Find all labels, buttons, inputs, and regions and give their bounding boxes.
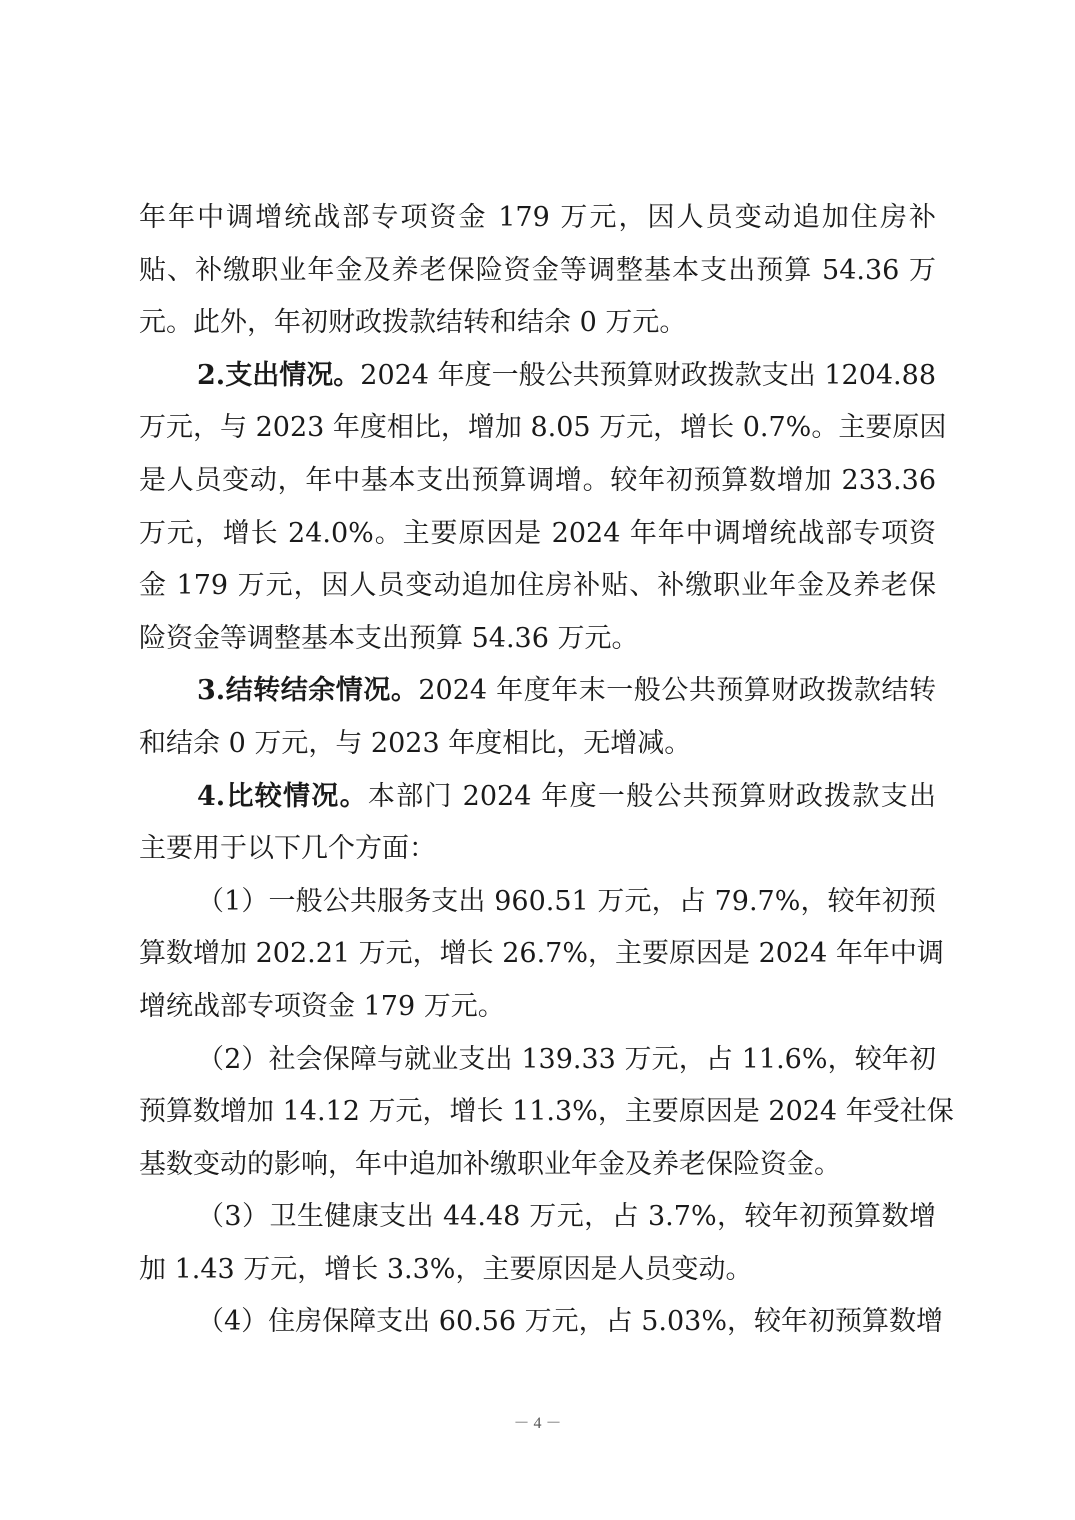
text-line: 算数增加 202.21 万元，增长 26.7%，主要原因是 2024 年年中调	[139, 928, 936, 981]
text-line: 金 179 万元，因人员变动追加住房补贴、补缴职业年金及养老保	[139, 560, 936, 613]
text-line: 万元，增长 24.0%。主要原因是 2024 年年中调增统战部专项资	[139, 508, 936, 561]
list-item-general-public-services: （1）一般公共服务支出 960.51 万元，占 79.7%，较年初预	[139, 876, 936, 929]
text-line: 增统战部专项资金 179 万元。	[139, 981, 936, 1034]
body-text: 年年中调增统战部专项资金 179 万元，因人员变动追加住房补 贴、补缴职业年金及…	[139, 192, 936, 1349]
list-item-social-security: （2）社会保障与就业支出 139.33 万元，占 11.6%，较年初	[139, 1034, 936, 1087]
text-line: 和结余 0 万元，与 2023 年度相比，无增减。	[139, 718, 936, 771]
text-line: 险资金等调整基本支出预算 54.36 万元。	[139, 613, 936, 666]
text-line: 万元，与 2023 年度相比，增加 8.05 万元，增长 0.7%。主要原因	[139, 402, 936, 455]
text-line: 主要用于以下几个方面：	[139, 823, 936, 876]
text-line: 基数变动的影响，年中追加补缴职业年金及养老保险资金。	[139, 1139, 936, 1192]
text-line: 是人员变动，年中基本支出预算调增。较年初预算数增加 233.36	[139, 455, 936, 508]
text-line: 贴、补缴职业年金及养老保险资金等调整基本支出预算 54.36 万	[139, 245, 936, 298]
text-line: 加 1.43 万元，增长 3.3%，主要原因是人员变动。	[139, 1244, 936, 1297]
text-run: 2024 年度年末一般公共预算财政拨款结转	[418, 675, 936, 706]
text-line: 年年中调增统战部专项资金 179 万元，因人员变动追加住房补	[139, 192, 936, 245]
section-heading-carryover: 3.结转结余情况。	[197, 675, 418, 706]
section-heading-comparison: 4.比较情况。	[197, 781, 368, 812]
paragraph-expenditure-first-line: 2.支出情况。2024 年度一般公共预算财政拨款支出 1204.88	[139, 350, 936, 403]
list-item-health: （3）卫生健康支出 44.48 万元，占 3.7%，较年初预算数增	[139, 1191, 936, 1244]
paragraph-comparison-first-line: 4.比较情况。本部门 2024 年度一般公共预算财政拨款支出	[139, 771, 936, 824]
document-page: 年年中调增统战部专项资金 179 万元，因人员变动追加住房补 贴、补缴职业年金及…	[0, 0, 1075, 1520]
section-heading-expenditure: 2.支出情况。	[197, 360, 360, 391]
text-run: 本部门 2024 年度一般公共预算财政拨款支出	[368, 781, 936, 812]
list-item-housing: （4）住房保障支出 60.56 万元，占 5.03%，较年初预算数增	[139, 1296, 936, 1349]
text-line: 预算数增加 14.12 万元，增长 11.3%，主要原因是 2024 年受社保	[139, 1086, 936, 1139]
page-number: － 4 －	[0, 1410, 1075, 1433]
text-run: 2024 年度一般公共预算财政拨款支出 1204.88	[360, 360, 936, 391]
paragraph-carryover-first-line: 3.结转结余情况。2024 年度年末一般公共预算财政拨款结转	[139, 665, 936, 718]
text-line: 元。此外，年初财政拨款结转和结余 0 万元。	[139, 297, 936, 350]
